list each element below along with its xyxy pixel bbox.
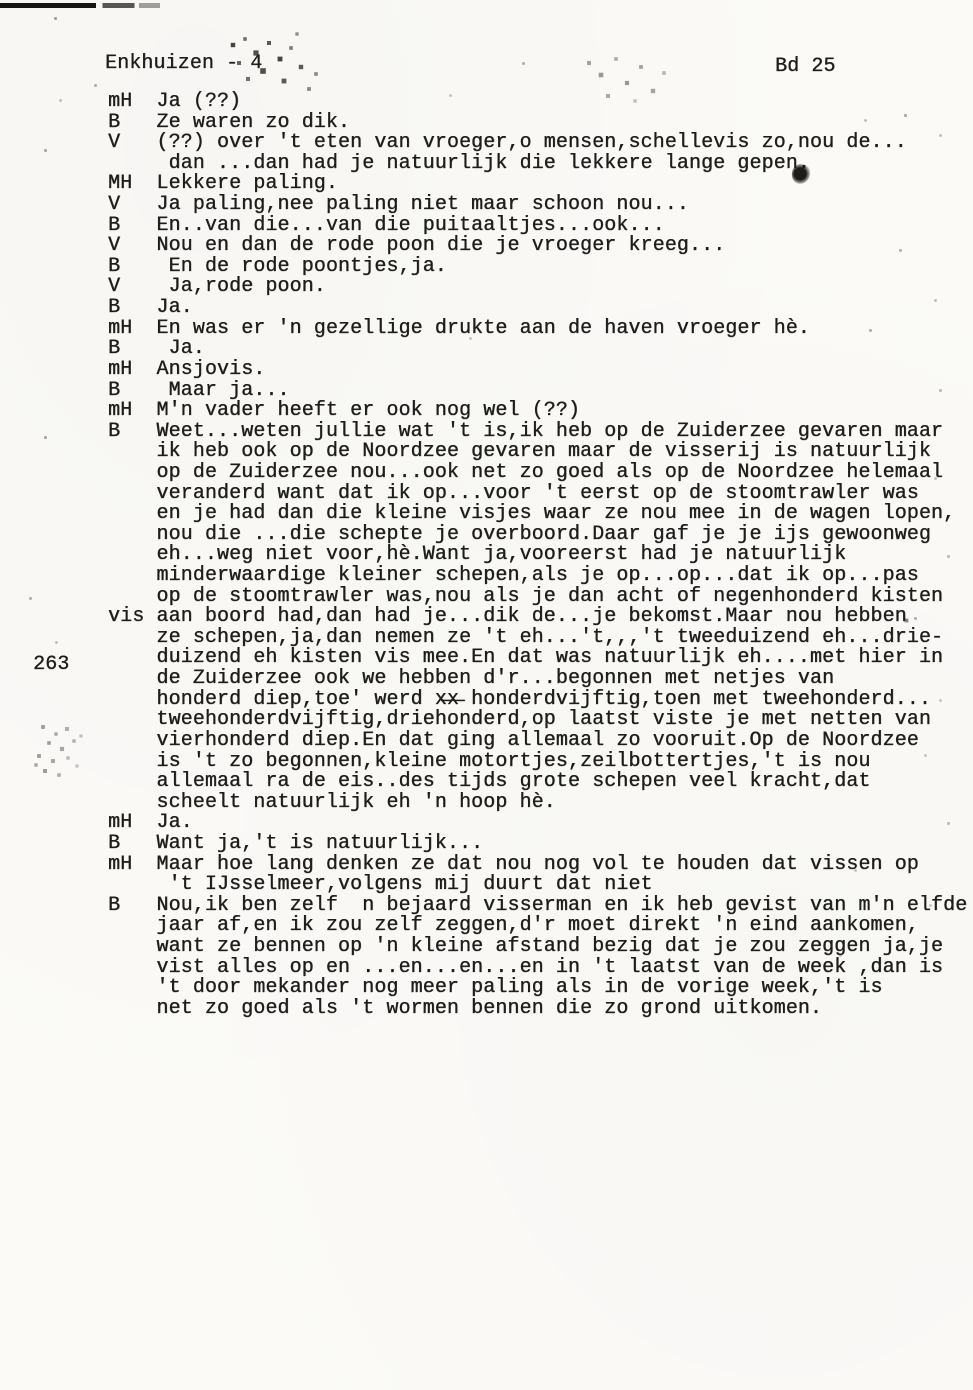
transcript-line: B Maar ja... bbox=[108, 381, 967, 402]
transcript-line: mH Ja (??) bbox=[108, 92, 967, 113]
transcript-line: B Ja. bbox=[108, 298, 967, 319]
transcript-line: mH Ja. bbox=[108, 813, 967, 834]
transcript-line: is 't zo begonnen,kleine motortjes,zeilb… bbox=[108, 752, 967, 773]
transcript-line: mH Maar hoe lang denken ze dat nou nog v… bbox=[108, 855, 967, 876]
transcript-line: 't IJsselmeer,volgens mij duurt dat niet bbox=[108, 875, 967, 896]
transcript-line: vist alles op en ...en...en...en in 't l… bbox=[108, 958, 967, 979]
transcript-line: ze schepen,ja,dan nemen ze 't eh...'t,,,… bbox=[108, 628, 967, 649]
speckle-noise bbox=[0, 0, 1, 1]
transcript: mH Ja (??)B Ze waren zo dik.V (??) over … bbox=[108, 92, 967, 1019]
transcript-line: net zo goed als 't wormen bennen die zo … bbox=[108, 999, 967, 1020]
transcript-line: vierhonderd diep.En dat ging allemaal zo… bbox=[108, 731, 967, 752]
transcript-line: de Zuiderzee ook we hebben d'r...begonne… bbox=[108, 669, 967, 690]
scan-artifact-topline bbox=[0, 3, 160, 8]
transcript-line: eh...weg niet voor,hè.Want ja,vooreerst … bbox=[108, 545, 967, 566]
transcript-line: V Ja paling,nee paling niet maar schoon … bbox=[108, 195, 967, 216]
transcript-line: jaar af,en ik zou zelf zeggen,d'r moet d… bbox=[108, 916, 967, 937]
transcript-line: dan ...dan had je natuurlijk die lekkere… bbox=[108, 154, 967, 175]
document-title: Enkhuizen - 4 bbox=[105, 52, 262, 75]
transcript-line: B Nou,ik ben zelf n bejaard visserman en… bbox=[108, 896, 967, 917]
transcript-line: veranderd want dat ik op...voor 't eerst… bbox=[108, 484, 967, 505]
transcript-line: ik heb ook op de Noordzee gevaren maar d… bbox=[108, 442, 967, 463]
transcript-line: want ze bennen op 'n kleine afstand bezi… bbox=[108, 937, 967, 958]
transcript-line: B Ze waren zo dik. bbox=[108, 113, 967, 134]
transcript-line: vis aan boord had,dan had je...dik de...… bbox=[108, 607, 967, 628]
transcript-line: 't door mekander nog meer paling als in … bbox=[108, 978, 967, 999]
transcript-line: scheelt natuurlijk eh 'n hoop hè. bbox=[108, 793, 967, 814]
transcript-line: B En..van die...van die puitaaltjes...oo… bbox=[108, 216, 967, 237]
transcript-line: duizend eh kisten vis mee.En dat was nat… bbox=[108, 648, 967, 669]
transcript-line: B Weet...weten jullie wat 't is,ik heb o… bbox=[108, 422, 967, 443]
scanned-page: Enkhuizen - 4 Bd 25 263 mH Ja (??)B Ze w… bbox=[0, 0, 973, 1390]
transcript-line: op de stoomtrawler was,nou als je dan ac… bbox=[108, 587, 967, 608]
transcript-line: V Ja,rode poon. bbox=[108, 277, 967, 298]
transcript-line: B En de rode poontjes,ja. bbox=[108, 257, 967, 278]
band-number: Bd 25 bbox=[775, 55, 836, 78]
transcript-line: V Nou en dan de rode poon die je vroeger… bbox=[108, 236, 967, 257]
transcript-line: B Want ja,'t is natuurlijk... bbox=[108, 834, 967, 855]
transcript-line: honderd diep,toe' werd x̶x̶ honderdvijft… bbox=[108, 690, 967, 711]
transcript-line: mH Ansjovis. bbox=[108, 360, 967, 381]
transcript-line: mH M'n vader heeft er ook nog wel (??) bbox=[108, 401, 967, 422]
transcript-line: tweehonderdvijftig,driehonderd,op laatst… bbox=[108, 710, 967, 731]
transcript-line: minderwaardige kleiner schepen,als je op… bbox=[108, 566, 967, 587]
margin-page-number: 263 bbox=[33, 653, 69, 676]
transcript-line: en je had dan die kleine visjes waar ze … bbox=[108, 504, 967, 525]
transcript-line: V (??) over 't eten van vroeger,o mensen… bbox=[108, 133, 967, 154]
transcript-line: nou die ...die schepte je overboord.Daar… bbox=[108, 525, 967, 546]
transcript-line: op de Zuiderzee nou...ook net zo goed al… bbox=[108, 463, 967, 484]
transcript-line: MH Lekkere paling. bbox=[108, 174, 967, 195]
transcript-line: allemaal ra de eis..des tijds grote sche… bbox=[108, 772, 967, 793]
transcript-line: B Ja. bbox=[108, 339, 967, 360]
transcript-line: mH En was er 'n gezellige drukte aan de … bbox=[108, 319, 967, 340]
